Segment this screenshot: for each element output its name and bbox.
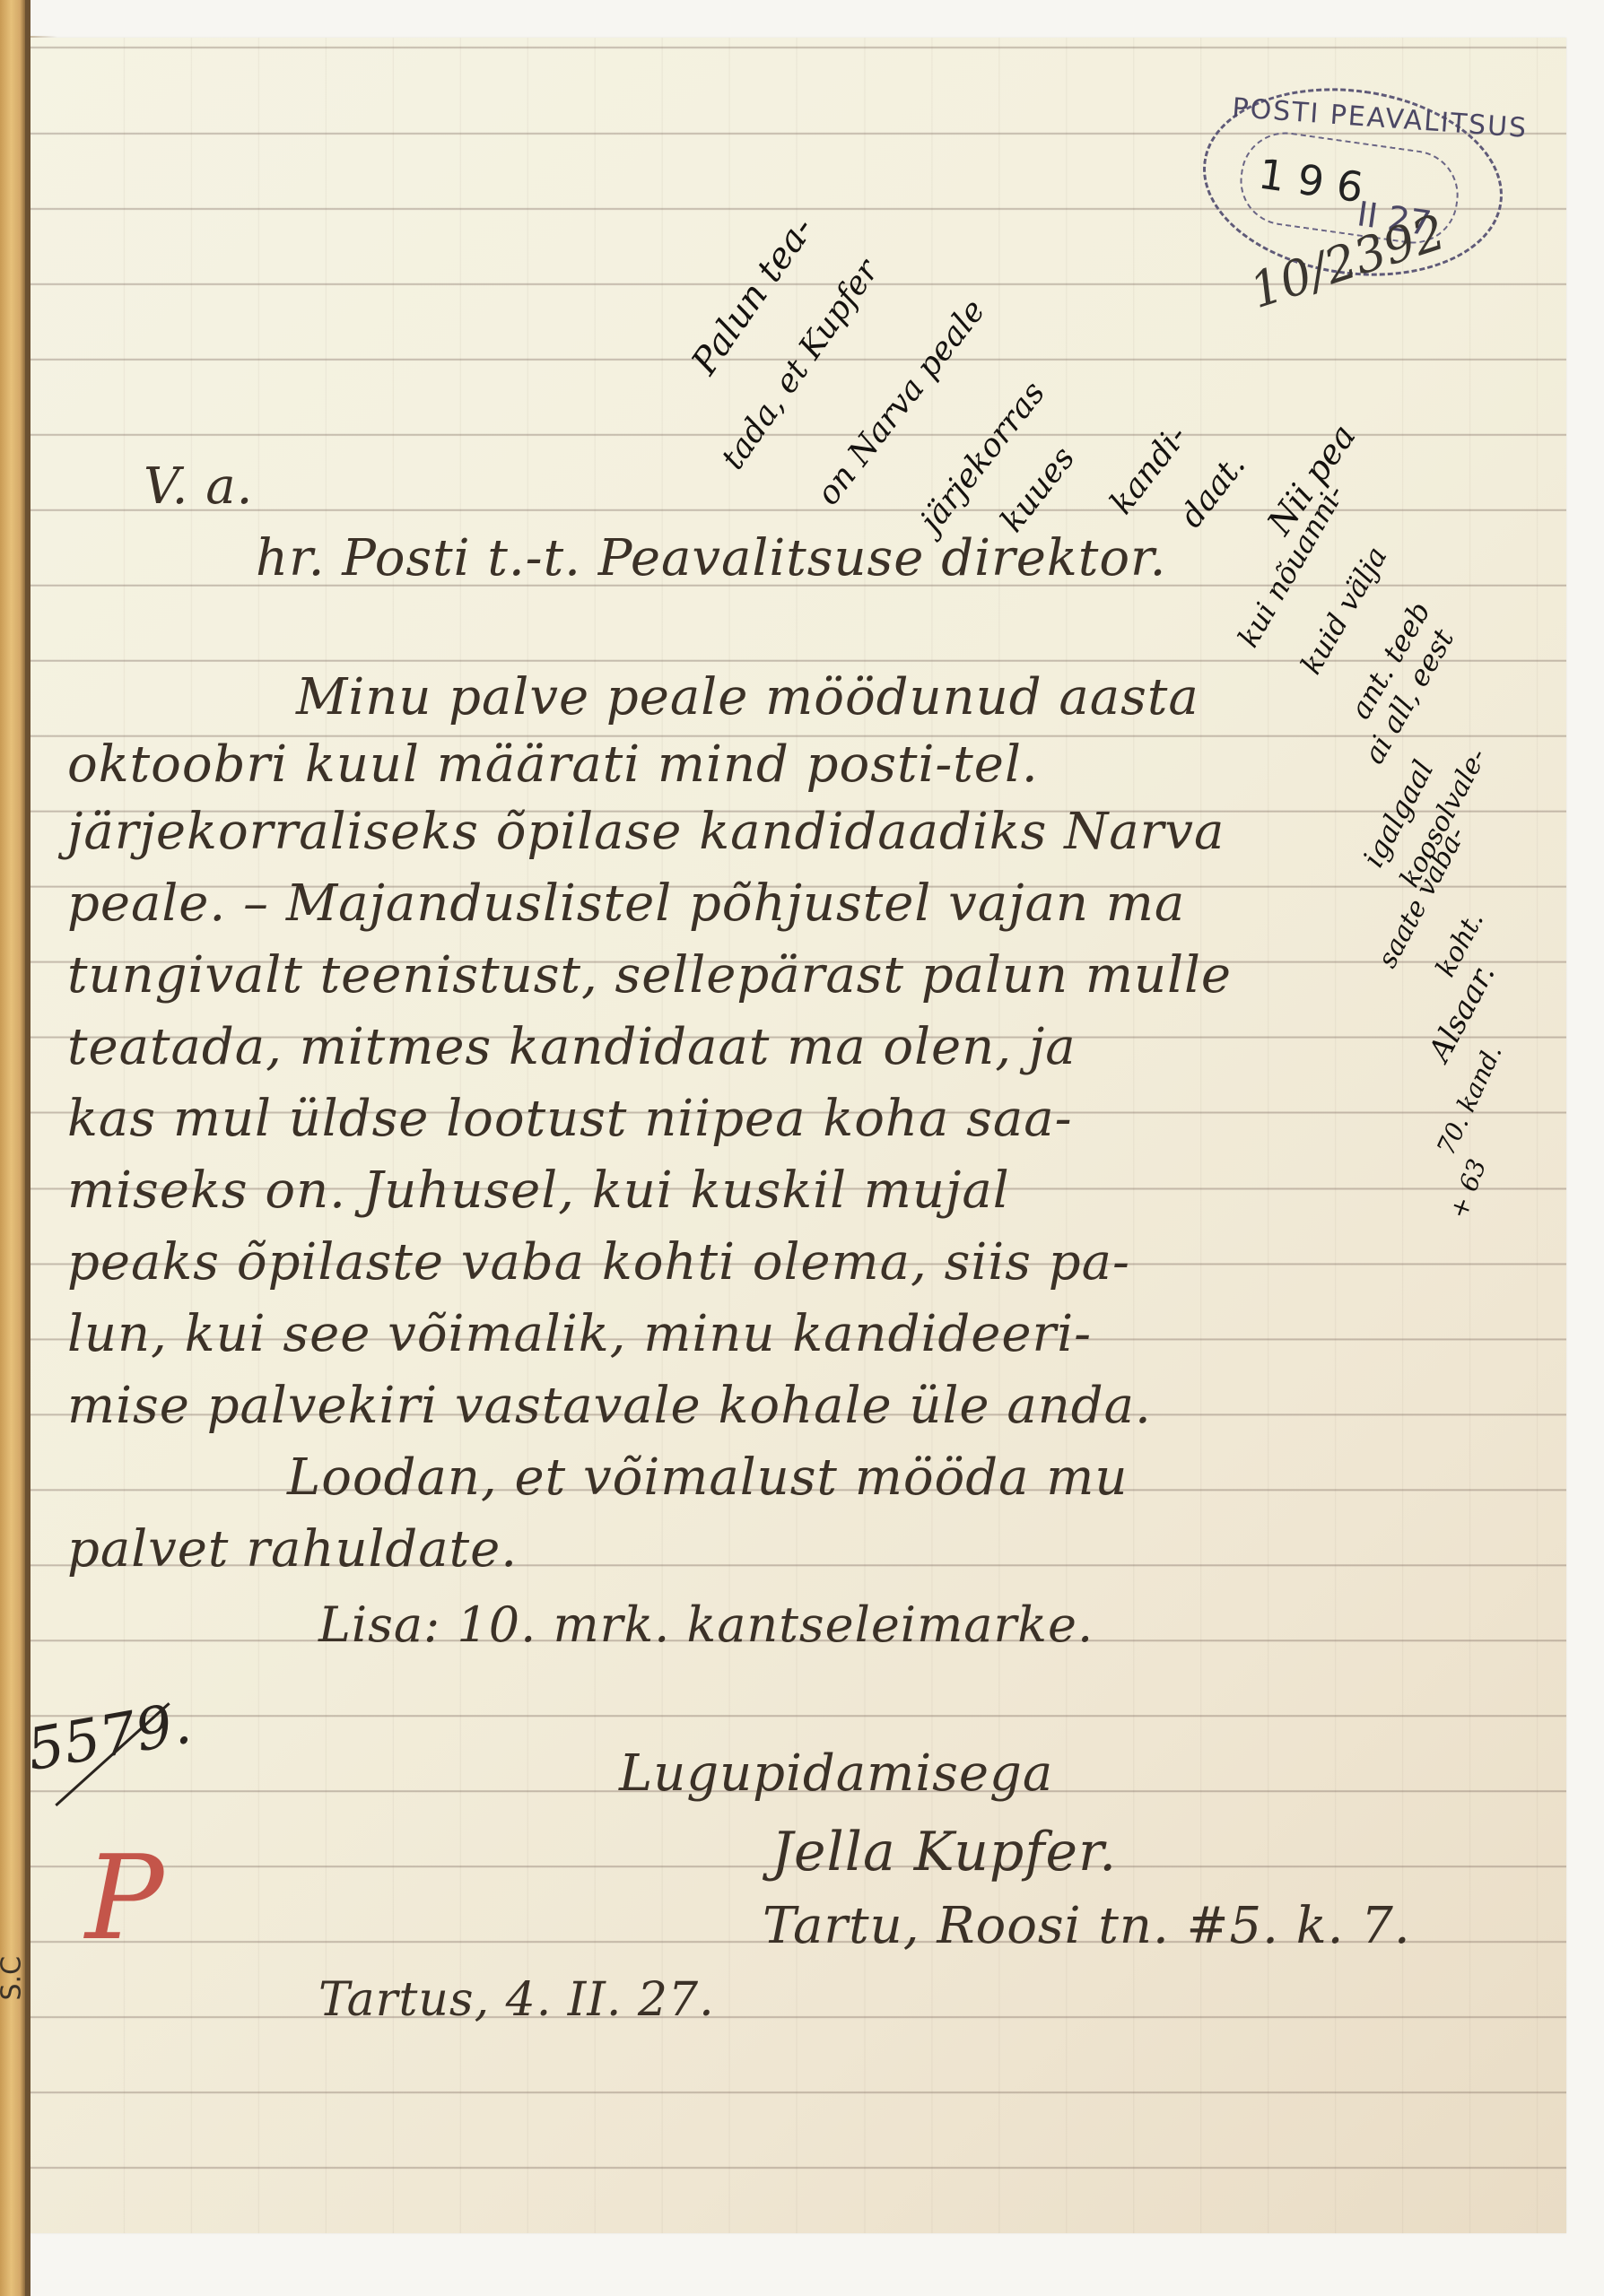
- binding-fragment-text: S.C: [0, 1978, 28, 2001]
- closing: Lugupidamisega: [619, 1744, 1053, 1803]
- body-line: lun, kui see võimalik, minu kandideeri-: [67, 1305, 1092, 1363]
- red-pencil-mark: P: [85, 1830, 163, 1966]
- signature: Jella Kupfer.: [771, 1821, 1117, 1883]
- body-line: peale. – Majanduslistel põhjustel vajan …: [67, 874, 1185, 933]
- body-line: järjekorraliseks õpilase kandidaadiks Na…: [67, 803, 1225, 861]
- place-date: Tartus, 4. II. 27.: [318, 1973, 715, 2027]
- body-line: oktoobri kuul määrati mind posti-tel.: [67, 735, 1039, 794]
- body-line: miseks on. Juhusel, kui kuskil mujal: [67, 1161, 1010, 1220]
- body-line: peaks õpilaste vaba kohti olema, siis pa…: [67, 1233, 1130, 1291]
- sender-address: Tartu, Roosi tn. #5. k. 7.: [763, 1897, 1411, 1955]
- salutation-prefix: V. a.: [144, 457, 253, 516]
- body-line: palvet rahuldate.: [67, 1520, 518, 1578]
- body-line: tungivalt teenistust, sellepärast palun …: [67, 946, 1232, 1004]
- body-line: kas mul üldse lootust niipea koha saa-: [67, 1090, 1073, 1148]
- addressee: hr. Posti t.-t. Peavalitsuse direktor.: [256, 529, 1166, 587]
- body-line: mise palvekiri vastavale kohale üle anda…: [67, 1377, 1152, 1435]
- body-line: Loodan, et võimalust mööda mu: [287, 1448, 1128, 1507]
- binding-strip: [0, 0, 25, 2296]
- body-line: teatada, mitmes kandidaat ma olen, ja: [67, 1018, 1077, 1076]
- enclosure-note: Lisa: 10. mrk. kantseleimarke.: [318, 1596, 1094, 1653]
- body-line: Minu palve peale möödunud aasta: [296, 668, 1199, 726]
